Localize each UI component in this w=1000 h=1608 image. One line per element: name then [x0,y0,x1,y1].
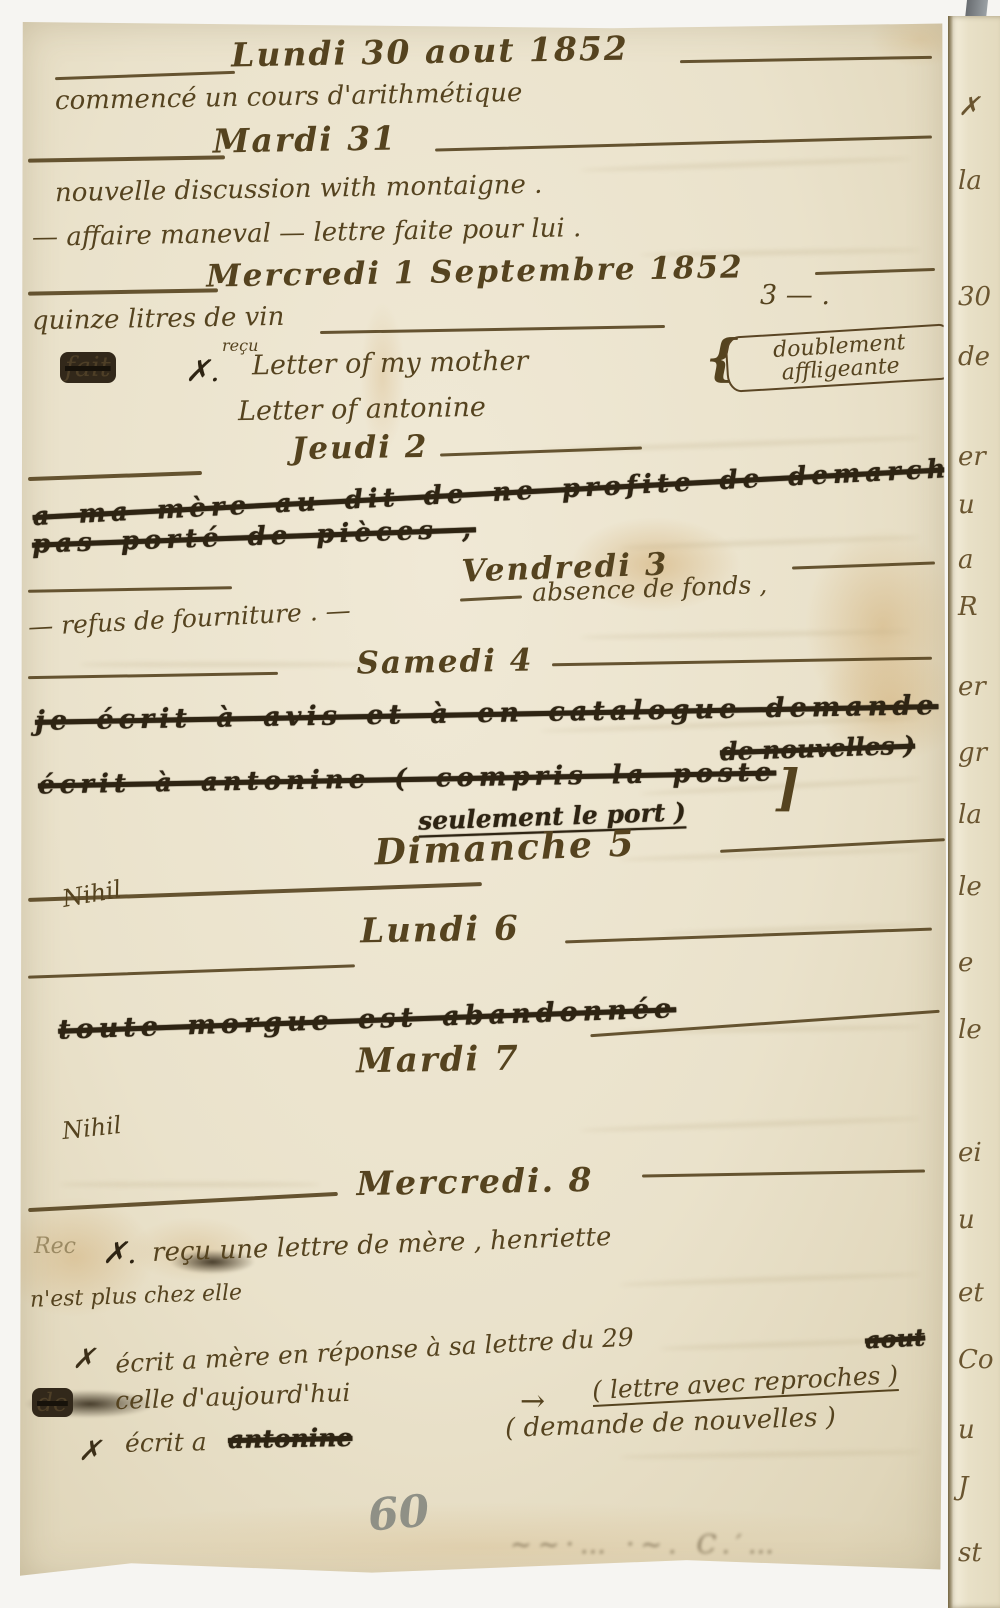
heading-rule [28,471,202,481]
page-edge-fragment: st [958,1538,982,1568]
bleed-through [620,1272,920,1287]
struck-word: fait [60,352,116,383]
page-edge-fragment: 30 [958,282,991,312]
page-edge-fragment: Co [958,1345,994,1375]
bleed-through [580,156,910,173]
heading-rule [28,1192,338,1212]
page-edge-fragment: u [958,1205,975,1235]
entry-line: Nihil [60,875,123,913]
heading-rule [55,71,235,80]
paren-note: ( lettre avec reproches ) [591,1360,898,1405]
entry-line: commencé un cours d'arithmétique [55,78,523,116]
x-mark: ✗ [72,1342,95,1375]
struck-line: a ma mère au dit de ne profite de demarc… [32,452,992,532]
x-mark: ✗ [78,1434,101,1467]
page-edge-fragment: a [958,545,974,575]
boxed-annotation: doublement affligeante [724,323,955,393]
entry-line: n'est plus chez elle [30,1280,243,1312]
ledger-item: quinze litres de vin [32,302,285,336]
heading-rule [440,446,642,456]
entry-line: — affaire maneval — lettre faite pour lu… [32,213,582,253]
entry-line: Nihil [61,1111,123,1145]
entry-heading: Mercredi 1 Septembre 1852 [206,249,744,294]
heading-rule [435,135,932,151]
page-edge-fragment: J [958,1472,968,1502]
entry-line: écrit a [125,1427,207,1457]
page-number: 60 [366,1485,431,1541]
heading-rule [642,1170,925,1178]
page-edge-fragment: le [958,1015,982,1045]
ledger-amount: 3 — . [760,280,830,311]
heading-rule [28,672,278,679]
page-edge-fragment: le [958,872,982,902]
heading-rule [680,56,932,63]
entry-heading: Samedi 4 [356,642,533,681]
ledger-rule [320,325,665,334]
heading-rule [28,964,355,978]
struck-word: aout [864,1322,926,1354]
page-edge-fragment: er [958,672,986,702]
page-edge-fragment: la [958,800,982,830]
entry-line: — refus de fourniture . — [27,596,351,642]
entry-line: nouvelle discussion with montaigne . [55,170,543,209]
struck-line: écrit à antonine ( compris la poste [38,758,777,801]
entry-heading: Dimanche 5 [374,822,636,873]
x-mark: ✗. [185,354,220,389]
page-edge-fragment: la [958,166,982,196]
struck-word: de [32,1388,73,1417]
dash-rule [460,595,522,601]
heading-rule [28,288,218,295]
entry-heading: Lundi 30 aout 1852 [231,29,629,75]
heading-rule [815,268,935,275]
entry-line: reçu une lettre de mère , henriette [152,1222,612,1268]
page-edge-fragment: er [958,442,986,472]
bleed-through [60,1182,320,1187]
manuscript-page: Lundi 30 aout 1852 commencé un cours d'a… [20,22,946,1582]
page-edge-fragment: ✗ [958,92,980,122]
photo-backdrop: ✗ la 30 de er u a R er gr la le e le ei … [0,0,1000,1608]
page-edge-fragment: u [958,490,975,520]
page-edge-fragment: R [958,592,978,622]
bleed-through [620,1449,920,1459]
page-edge-fragment: ei [958,1138,982,1168]
heading-rule [28,586,232,593]
heading-rule [720,838,945,853]
entry-heading: Mardi 7 [356,1039,520,1082]
ink-smudge: ~~·… ·~. C.′… [510,1530,780,1560]
entry-heading: Mardi 31 [213,118,398,160]
entry-heading: Lundi 6 [360,909,520,952]
entry-heading: Mercredi. 8 [356,1160,594,1203]
entry-line: celle d'aujourd'hui [115,1378,351,1415]
heading-rule [792,562,935,570]
entry-heading: Jeudi 2 [291,429,428,467]
page-edge-fragment: e [958,948,973,978]
entry-line: Letter of antonine [238,392,486,427]
faint-word: Rec [34,1234,76,1259]
page-edge-fragment: gr [958,738,987,768]
bleed-through [80,662,380,667]
entry-line: Letter of my mother [252,346,529,382]
stain [20,1502,950,1592]
bleed-through [580,629,910,640]
entry-line: écrit a mère en réponse à sa lettre du 2… [115,1322,635,1378]
page-edge-fragment: u [958,1415,975,1445]
heading-rule [565,928,932,944]
x-mark: ✗. [102,1236,137,1271]
bracket: ] [776,758,800,817]
heading-rule [28,155,225,162]
bleed-through [660,1338,900,1351]
struck-line: toute morgue est abandonnée [58,993,677,1046]
adjacent-page-edge: ✗ la 30 de er u a R er gr la le e le ei … [948,16,1000,1608]
heading-rule [552,657,932,667]
struck-word: antonine [228,1423,353,1454]
paren-note: ( demande de nouvelles ) [505,1402,837,1444]
bleed-through [580,1116,920,1133]
struck-line: je écrit à avis et à en catalogue demand… [35,690,939,737]
page-edge-fragment: de [958,342,990,372]
page-edge-fragment: et [958,1278,984,1308]
